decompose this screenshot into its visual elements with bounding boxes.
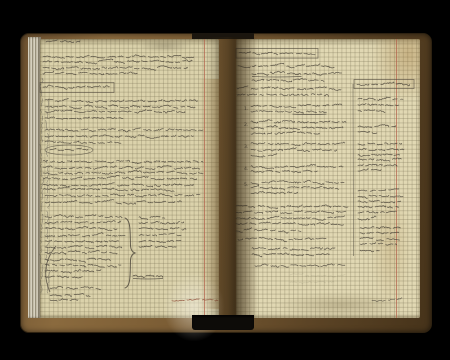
printed-margin-line-right-page [396,39,397,318]
stain-mid-right [370,189,412,309]
elastic-band-bottom [192,315,254,330]
top-smudge [138,39,192,53]
left-page [40,39,219,318]
photo-background: 1.2.3.4.5. [0,0,450,360]
stain-gutter-right [236,39,258,318]
printed-margin-line-left-page [204,39,205,318]
stain-bottom-right [276,292,406,318]
right-page [236,39,420,318]
stain-gutter-left [193,79,219,309]
